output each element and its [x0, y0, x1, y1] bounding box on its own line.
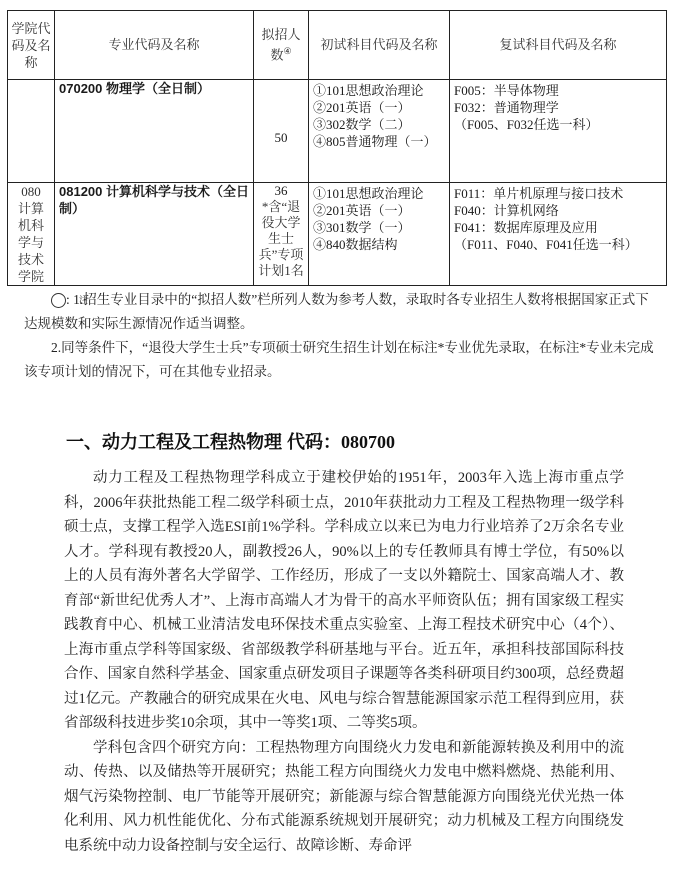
header-major: 专业代码及名称 [55, 11, 254, 80]
college-name: 计算机科学与技术学院 [18, 201, 44, 284]
retest-subject: F040：计算机网络 [454, 202, 662, 219]
initial-exam-cell: ①101思想政治理论 ②201英语（一） ③301数学（一） ④840数据结构 [309, 183, 450, 286]
table-row: 070200 物理学（全日制） 50 ①101思想政治理论 ②201英语（一） … [8, 80, 667, 183]
college-cell: 080 计算机科学与技术学院 [8, 183, 55, 286]
retest-exam-cell: F005：半导体物理 F032：普通物理学 （F005、F032任选一科） [450, 80, 667, 183]
table-row: 080 计算机科学与技术学院 081200 计算机科学与技术（全日制） 36 *… [8, 183, 667, 286]
exam-subject: ③301数学（一） [313, 219, 445, 236]
note-circle-icon: 注 [51, 293, 66, 308]
table-header-row: 学院代码及名称 专业代码及名称 拟招人数④ 初试科目代码及名称 复试科目代码及名… [8, 11, 667, 80]
retest-subject: F041：数据库原理及应用 [454, 219, 662, 236]
footnote-mark: ④ [283, 46, 291, 56]
retest-subject: （F011、F040、F041任选一科） [454, 236, 662, 253]
header-college: 学院代码及名称 [8, 11, 55, 80]
quota-cell: 36 *含“退役大学生士兵”专项计划1名 [254, 183, 309, 286]
exam-subject: ①101思想政治理论 [313, 82, 445, 99]
admissions-catalog-table: 学院代码及名称 专业代码及名称 拟招人数④ 初试科目代码及名称 复试科目代码及名… [7, 10, 667, 286]
section-code: 080700 [341, 432, 395, 452]
header-retest-exam: 复试科目代码及名称 [450, 11, 667, 80]
quota-note: *含“退役大学生士兵”专项计划1名 [258, 199, 304, 278]
section-heading: 一、动力工程及工程热物理 代码：080700 [66, 428, 395, 454]
retest-exam-cell: F011：单片机原理与接口技术 F040：计算机网络 F041：数据库原理及应用… [450, 183, 667, 286]
note-item: 2.同等条件下，“退役大学生士兵”专项硕士研究生招生计划在标注*专业优先录取，在… [24, 336, 654, 384]
body-paragraph: 学科包含四个研究方向：工程热物理方向围绕火力发电和新能源转换及利用中的流动、传热… [64, 736, 624, 859]
retest-subject: F011：单片机原理与接口技术 [454, 185, 662, 202]
retest-subject: （F005、F032任选一科） [454, 116, 662, 133]
notes-block: 注: 1.招生专业目录中的“拟招人数”栏所列人数为参考人数，录取时各专业招生人数… [24, 288, 654, 384]
header-quota: 拟招人数④ [254, 11, 309, 80]
exam-subject: ①101思想政治理论 [313, 185, 445, 202]
header-initial-exam: 初试科目代码及名称 [309, 11, 450, 80]
initial-exam-cell: ①101思想政治理论 ②201英语（一） ③302数学（二） ④805普通物理（… [309, 80, 450, 183]
note-item: 注: 1.招生专业目录中的“拟招人数”栏所列人数为参考人数，录取时各专业招生人数… [24, 288, 654, 336]
major-cell: 081200 计算机科学与技术（全日制） [55, 183, 254, 286]
quota-value: 36 [275, 183, 288, 198]
college-code: 080 [21, 184, 41, 199]
body-paragraph: 动力工程及工程热物理学科成立于建校伊始的1951年，2003年入选上海市重点学科… [64, 466, 624, 736]
quota-cell: 50 [254, 80, 309, 183]
section-title-text: 一、动力工程及工程热物理 代码： [66, 432, 341, 452]
retest-subject: F005：半导体物理 [454, 82, 662, 99]
major-cell: 070200 物理学（全日制） [55, 80, 254, 183]
header-quota-label: 拟招人数 [261, 27, 300, 62]
exam-subject: ②201英语（一） [313, 202, 445, 219]
exam-subject: ④805普通物理（一） [313, 133, 445, 150]
section-body: 动力工程及工程热物理学科成立于建校伊始的1951年，2003年入选上海市重点学科… [64, 466, 624, 858]
exam-subject: ②201英语（一） [313, 99, 445, 116]
note-text: 1.招生专业目录中的“拟招人数”栏所列人数为参考人数，录取时各专业招生人数将根据… [24, 292, 649, 331]
retest-subject: F032：普通物理学 [454, 99, 662, 116]
exam-subject: ③302数学（二） [313, 116, 445, 133]
exam-subject: ④840数据结构 [313, 236, 445, 253]
college-cell [8, 80, 55, 183]
